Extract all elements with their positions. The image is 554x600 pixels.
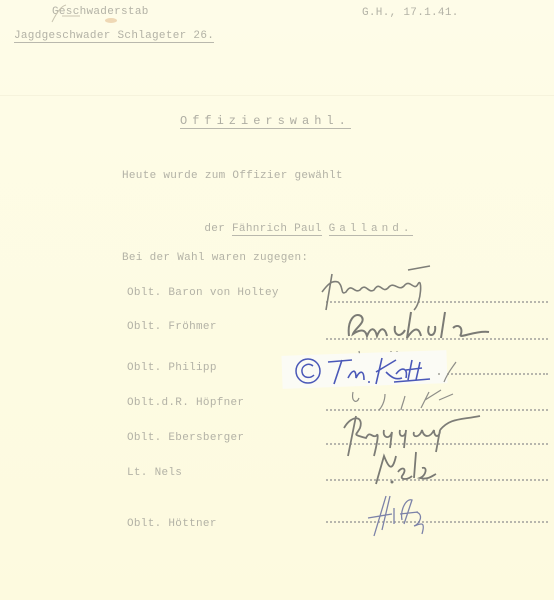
voter-name: Oblt. Höttner: [127, 518, 217, 530]
voter-name: Oblt. Fröhmer: [127, 321, 217, 333]
voter-name: Oblt. Ebersberger: [127, 432, 244, 444]
intro-line1: Heute wurde zum Offizier gewählt: [122, 170, 343, 182]
ensign-surname: Galland.: [329, 223, 414, 236]
paper-texture: [0, 95, 554, 96]
signature-6: [370, 448, 450, 488]
document-date: G.H., 17.1.41.: [362, 7, 459, 19]
voter-name: Lt. Nels: [127, 467, 182, 479]
document-page: Geschwaderstab Jagdgeschwader Schlageter…: [0, 0, 554, 600]
copyright-stamp: [290, 352, 460, 392]
intro-prefix: der: [204, 223, 232, 235]
scribble-mark-icon: [40, 2, 100, 27]
document-title: Offizierswahl.: [180, 114, 351, 129]
voter-name: Oblt. Philipp: [127, 362, 217, 374]
stain-mark: [105, 18, 117, 23]
signature-1: [318, 262, 478, 312]
ensign-name: Fähnrich Paul: [232, 223, 322, 236]
letterhead-line2: Jagdgeschwader Schlageter 26.: [14, 30, 214, 43]
voter-name: Oblt. Baron von Holtey: [127, 287, 279, 299]
signature-7: [360, 490, 440, 540]
voter-name: Oblt.d.R. Höpfner: [127, 397, 244, 409]
voters-heading: Bei der Wahl waren zugegen:: [122, 252, 308, 264]
signature-2: [345, 306, 495, 346]
intro-line2: der Fähnrich Paul Galland.: [166, 200, 413, 254]
